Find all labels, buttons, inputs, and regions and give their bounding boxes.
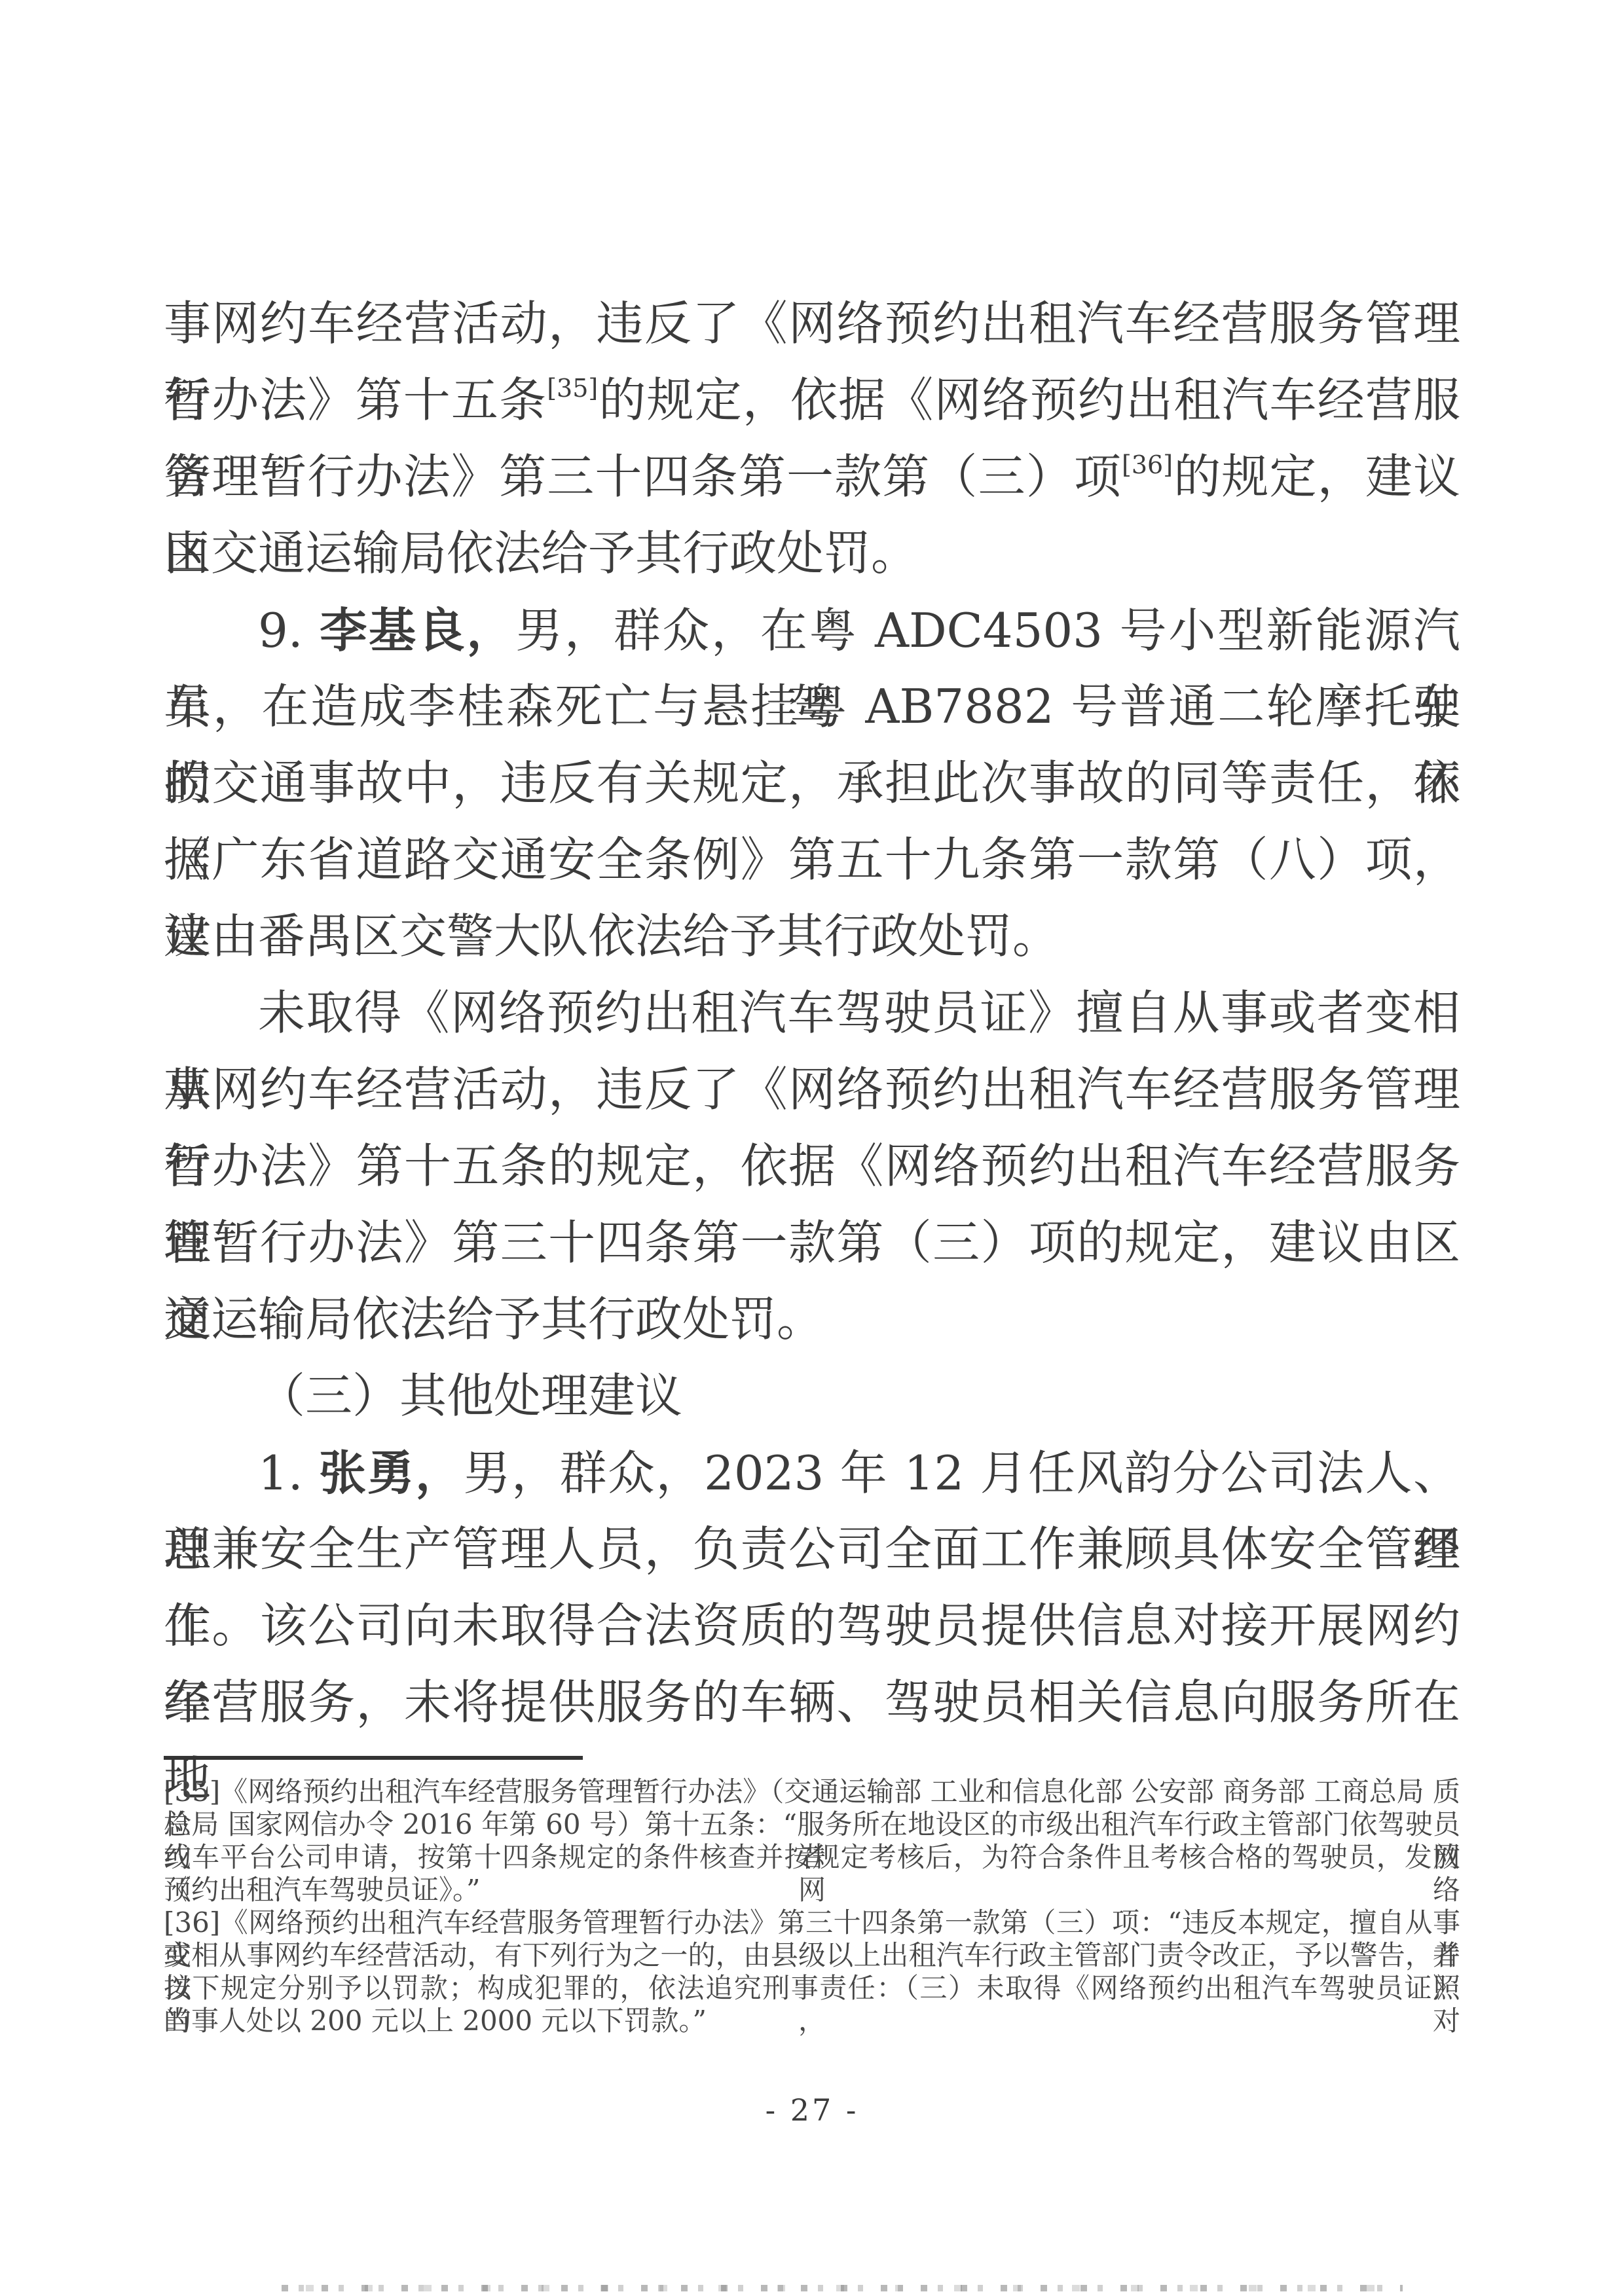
body-line: 行办法》第十五条[35]的规定，依据《网络预约出租汽车经营服务 [164, 362, 1460, 439]
body-line: （三）其他处理建议 [164, 1358, 1460, 1434]
body-line: 行办法》第十五条的规定，依据《网络预约出租汽车经营服务管 [164, 1128, 1460, 1205]
footnote-line: 变相从事网约车经营活动，有下列行为之一的，由县级以上出租汽车行政主管部门责令改正… [164, 1939, 1460, 1972]
body-line: 议由番禺区交警大队依法给予其行政处罚。 [164, 898, 1460, 975]
body-text: 事网约车经营活动，违反了《网络预约出租汽车经营服务管理暂行办法》第十五条[35]… [164, 285, 1460, 1741]
body-line: 理暂行办法》第三十四条第一款第（三）项的规定，建议由区交 [164, 1205, 1460, 1281]
footnote-line: 总局 国家网信办令 2016 年第 60 号）第十五条：“服务所在地设区的市级出… [164, 1808, 1460, 1841]
body-line: 作。该公司向未取得合法资质的驾驶员提供信息对接开展网约车 [164, 1588, 1460, 1664]
footnote-separator [164, 1756, 583, 1760]
body-line: 1. 张勇，男，群众，2023 年 12 月任风韵分公司法人、总经 [164, 1434, 1460, 1511]
body-line: 员，在造成李桂森死亡与悬挂粤 AB7882 号普通二轮摩托车损环 [164, 668, 1460, 745]
footnote-reference: [36] [1122, 450, 1173, 479]
body-line: 的交通事故中，违反有关规定，承担此次事故的同等责任，依据 [164, 745, 1460, 822]
text-segment: 李基良， [320, 602, 515, 658]
body-line: 理兼安全生产管理人员，负责公司全面工作兼顾具体安全管理工 [164, 1511, 1460, 1588]
body-line: 事网约车经营活动，违反了《网络预约出租汽车经营服务管理暂 [164, 285, 1460, 362]
text-segment: 区交通运输局依法给予其行政处罚。 [164, 526, 918, 581]
scan-artifact-bottom [282, 2285, 1403, 2291]
body-line: 通运输局依法给予其行政处罚。 [164, 1281, 1460, 1358]
page-number: - 27 - [0, 2092, 1624, 2128]
body-line: 区交通运输局依法给予其行政处罚。 [164, 515, 1460, 592]
body-line: 管理暂行办法》第三十四条第一款第（三）项[36]的规定，建议由 [164, 439, 1460, 515]
footnote-line: [36]《网络预约出租汽车经营服务管理暂行办法》第三十四条第一款第（三）项：“违… [164, 1906, 1460, 1939]
footnote-line: 约车平台公司申请，按第十四条规定的条件核查并按规定考核后，为符合条件且考核合格的… [164, 1841, 1460, 1874]
body-line: 经营服务，未将提供服务的车辆、驾驶员相关信息向服务所在地 [164, 1664, 1460, 1741]
text-segment: 张勇， [319, 1445, 463, 1501]
footnote-line: 以下规定分别予以罚款；构成犯罪的，依法追究刑事责任：（三）未取得《网络预约出租汽… [164, 1972, 1460, 2005]
footnote-reference: [35] [547, 374, 598, 403]
text-segment: 9. [258, 603, 320, 658]
body-line: 9. 李基良，男，群众，在粤 ADC4503 号小型新能源汽车驾驶 [164, 592, 1460, 668]
text-segment: 行办法》第十五条 [164, 373, 547, 428]
footnotes: [35]《网络预约出租汽车经营服务管理暂行办法》（交通运输部 工业和信息化部 公… [164, 1776, 1460, 2037]
text-segment: 通运输局依法给予其行政处罚。 [164, 1292, 824, 1347]
footnote-line: [35]《网络预约出租汽车经营服务管理暂行办法》（交通运输部 工业和信息化部 公… [164, 1776, 1460, 1808]
text-segment: （三）其他处理建议 [258, 1368, 682, 1423]
body-line: 事网约车经营活动，违反了《网络预约出租汽车经营服务管理暂 [164, 1051, 1460, 1128]
text-segment: 1. [258, 1446, 319, 1501]
text-segment: 议由番禺区交警大队依法给予其行政处罚。 [164, 909, 1060, 964]
body-line: 未取得《网络预约出租汽车驾驶员证》擅自从事或者变相从 [164, 975, 1460, 1051]
body-line: 《广东省道路交通安全条例》第五十九条第一款第（八）项，建 [164, 822, 1460, 898]
document-page: 事网约车经营活动，违反了《网络预约出租汽车经营服务管理暂行办法》第十五条[35]… [0, 0, 1624, 2296]
text-segment: 管理暂行办法》第三十四条第一款第（三）项 [164, 449, 1122, 504]
